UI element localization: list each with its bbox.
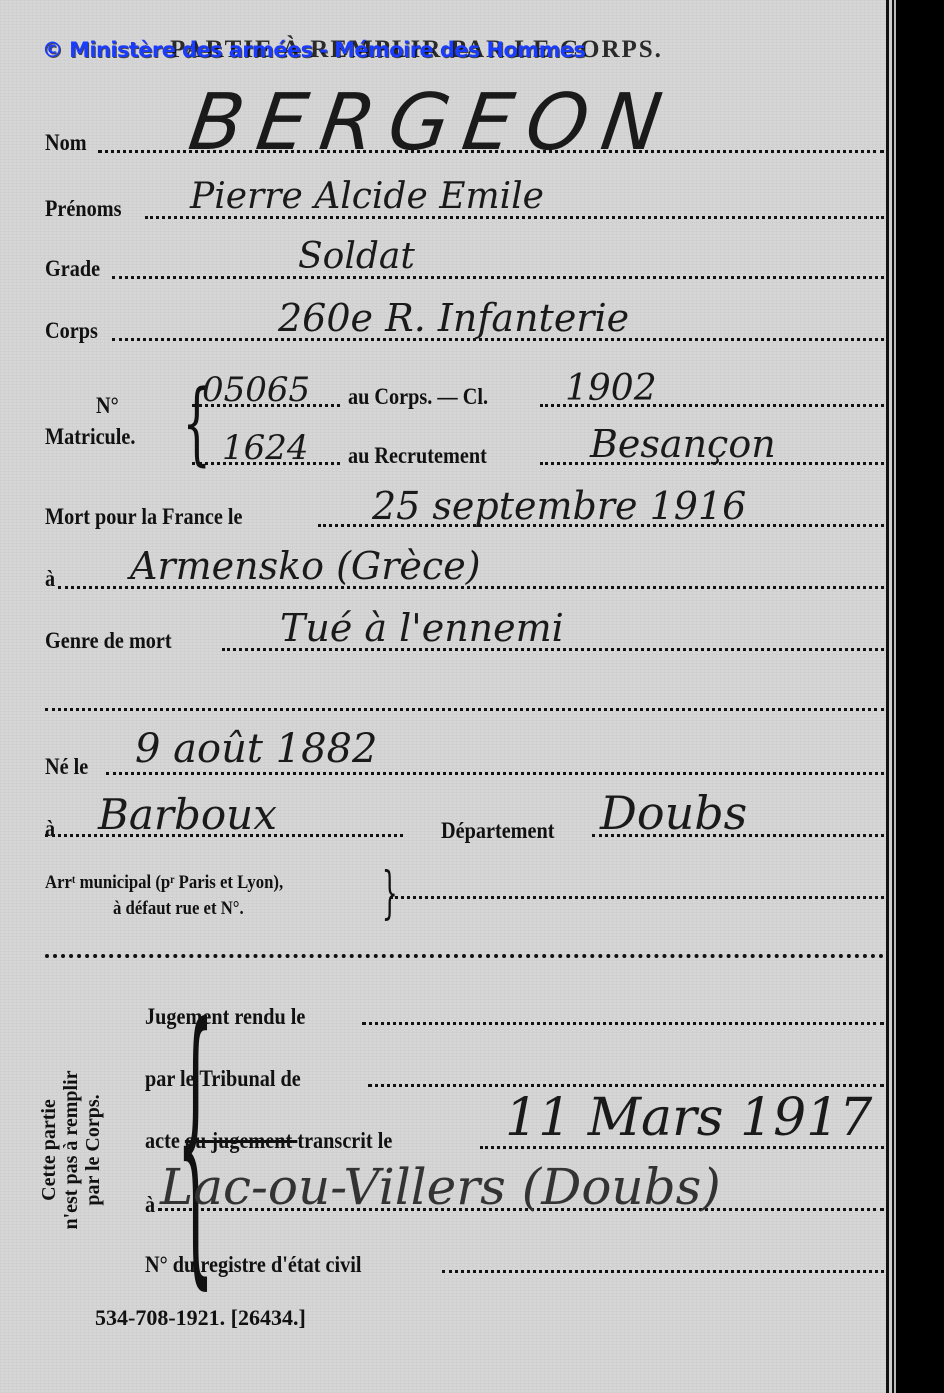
departement-value: Doubs <box>600 786 747 840</box>
registre-label: N° du registre d'état civil <box>145 1252 361 1278</box>
nom-label: Nom <box>45 130 87 156</box>
recrutement-place-value: Besançon <box>590 422 776 466</box>
death-record-card: © Ministère des armées - Mémoire des Hom… <box>0 0 886 1393</box>
ne-le-label: Né le <box>45 754 88 780</box>
arrondissement-label-1: Arrᵗ municipal (pʳ Paris et Lyon), <box>45 872 283 894</box>
genre-mort-label: Genre de mort <box>45 628 172 654</box>
prenoms-value: Pierre Alcide Emile <box>190 176 544 217</box>
transcrit-prefix: acte <box>145 1128 185 1153</box>
tribunal-line <box>368 1084 884 1087</box>
lieu-mort-label: à <box>45 566 55 592</box>
grade-line <box>112 276 884 279</box>
transcrit-struck: ou jugement <box>185 1128 297 1153</box>
card-edge-border <box>886 0 898 1393</box>
corps-number-value: 05065 <box>202 370 310 410</box>
mort-label: Mort pour la France le <box>45 504 242 530</box>
corps-value: 260e R. Infanterie <box>278 296 629 340</box>
transcrit-label: acte ou jugement transcrit le <box>145 1128 392 1154</box>
copyright-watermark: © Ministère des armées - Mémoire des Hom… <box>42 38 585 62</box>
registre-line <box>442 1270 884 1273</box>
section-divider <box>45 954 884 958</box>
lieu-naissance-value: Barboux <box>98 790 277 839</box>
blank-line <box>45 708 884 711</box>
tribunal-label: par le Tribunal de <box>145 1066 301 1092</box>
arrondissement-brace: } <box>382 862 398 926</box>
grade-label: Grade <box>45 256 100 282</box>
lieu-mort-value: Armensko (Grèce) <box>130 544 481 588</box>
lieu-transcription-label: à <box>145 1192 155 1218</box>
side-note-line-1: Cette partie <box>38 1030 60 1270</box>
side-note: Cette partie n'est pas à remplir par le … <box>38 1030 104 1270</box>
au-corps-label: au Corps. — Cl. <box>348 384 488 410</box>
side-note-line-2: n'est pas à remplir <box>60 1030 82 1270</box>
ne-le-value: 9 août 1882 <box>135 726 377 772</box>
transcrit-value: 11 Mars 1917 <box>505 1088 872 1148</box>
grade-value: Soldat <box>298 236 415 277</box>
departement-label: Département <box>441 818 555 844</box>
lieu-transcription-value: Lac-ou-Villers (Doubs) <box>160 1158 721 1216</box>
jugement-line <box>362 1022 884 1025</box>
recrutement-number-value: 1624 <box>222 428 309 468</box>
matricule-no-label: N° <box>96 393 119 419</box>
au-recrutement-label: au Recrutement <box>348 443 487 469</box>
side-note-line-3: par le Corps. <box>82 1030 104 1270</box>
prenoms-label: Prénoms <box>45 196 121 222</box>
lieu-naissance-label: à <box>45 816 55 842</box>
mort-value: 25 septembre 1916 <box>372 484 746 528</box>
ne-le-line <box>106 772 884 775</box>
genre-mort-value: Tué à l'ennemi <box>280 606 564 650</box>
arrondissement-label-2: à défaut rue et N°. <box>113 898 244 920</box>
corps-label: Corps <box>45 318 98 344</box>
nom-value: BERGEON <box>184 78 681 168</box>
classe-value: 1902 <box>565 368 657 409</box>
jugement-label: Jugement rendu le <box>145 1004 305 1030</box>
arrondissement-line <box>390 896 884 899</box>
matricule-label: Matricule. <box>45 424 135 450</box>
transcrit-suffix: transcrit le <box>297 1128 392 1153</box>
print-reference: 534-708-1921. [26434.] <box>95 1305 306 1331</box>
